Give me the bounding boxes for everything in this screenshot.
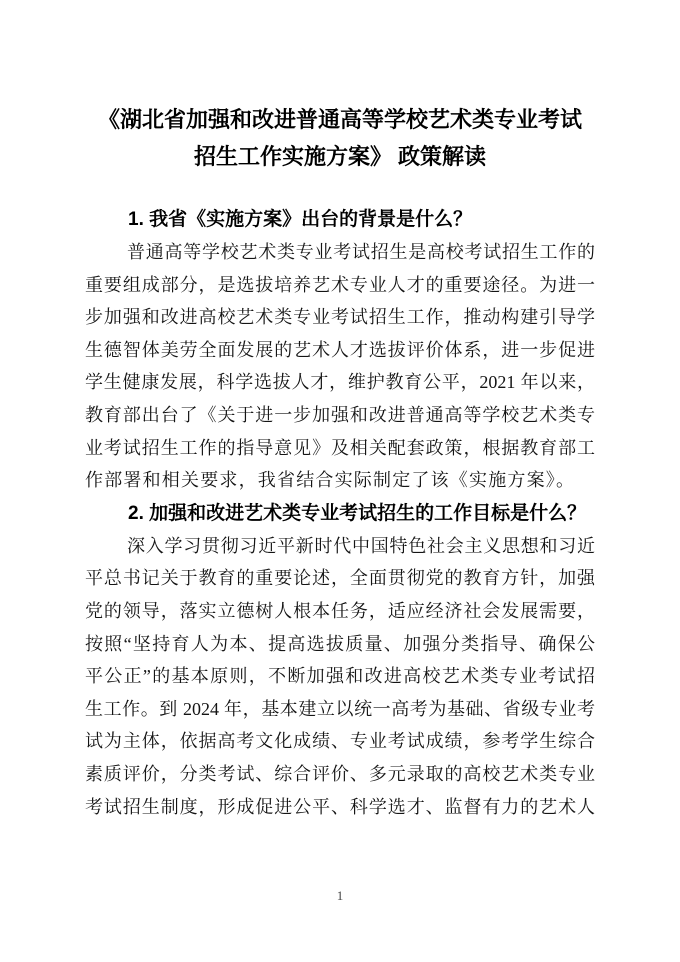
document-title: 《湖北省加强和改进普通高等学校艺术类专业考试 招生工作实施方案》 政策解读: [85, 0, 595, 175]
text-line: 素质评价，分类考试、综合评价、多元录取的高校艺术类专业: [85, 758, 595, 791]
text-line: 党的领导，落实立德树人根本任务，适应经济社会发展需要，: [85, 595, 595, 628]
text-line: 业考试招生工作的指导意见》及相关配套政策，根据教育部工: [85, 432, 595, 465]
paragraph: 深入学习贯彻习近平新时代中国特色社会主义思想和习近平总书记关于教育的重要论述，全…: [85, 530, 595, 823]
document-title-line-2: 招生工作实施方案》 政策解读: [85, 138, 595, 175]
section-2: 2. 加强和改进艺术类专业考试招生的工作目标是什么？深入学习贯彻习近平新时代中国…: [85, 497, 595, 823]
text-line: 生工作。到 2024 年，基本建立以统一高考为基础、省级专业考: [85, 693, 595, 726]
text-line: 生德智体美劳全面发展的艺术人才选拔评价体系，进一步促进: [85, 334, 595, 367]
section-heading: 2. 加强和改进艺术类专业考试招生的工作目标是什么？: [85, 497, 595, 530]
text-line: 普通高等学校艺术类专业考试招生是高校考试招生工作的: [85, 236, 595, 269]
section-heading: 1. 我省《实施方案》出台的背景是什么？: [85, 203, 595, 236]
text-line: 深入学习贯彻习近平新时代中国特色社会主义思想和习近: [85, 530, 595, 563]
document-title-line-1: 《湖北省加强和改进普通高等学校艺术类专业考试: [85, 101, 595, 138]
text-line: 作部署和相关要求，我省结合实际制定了该《实施方案》。: [85, 464, 595, 497]
text-line: 学生健康发展，科学选拔人才，维护教育公平，2021 年以来，: [85, 366, 595, 399]
sections: 1. 我省《实施方案》出台的背景是什么？普通高等学校艺术类专业考试招生是高校考试…: [85, 203, 595, 823]
text-line: 重要组成部分，是选拔培养艺术专业人才的重要途径。为进一: [85, 269, 595, 302]
paragraph: 普通高等学校艺术类专业考试招生是高校考试招生工作的重要组成部分，是选拔培养艺术专…: [85, 236, 595, 497]
document-content: 《湖北省加强和改进普通高等学校艺术类专业考试 招生工作实施方案》 政策解读 1.…: [85, 0, 595, 823]
text-line: 考试招生制度，形成促进公平、科学选才、监督有力的艺术人: [85, 791, 595, 824]
section-1: 1. 我省《实施方案》出台的背景是什么？普通高等学校艺术类专业考试招生是高校考试…: [85, 203, 595, 497]
text-line: 平公正”的基本原则，不断加强和改进高校艺术类专业考试招: [85, 660, 595, 693]
text-line: 按照“坚持育人为本、提高选拔质量、加强分类指导、确保公: [85, 628, 595, 661]
page-number: 1: [337, 888, 344, 903]
text-line: 试为主体，依据高考文化成绩、专业考试成绩，参考学生综合: [85, 725, 595, 758]
text-line: 步加强和改进高校艺术类专业考试招生工作，推动构建引导学: [85, 301, 595, 334]
document-page: 《湖北省加强和改进普通高等学校艺术类专业考试 招生工作实施方案》 政策解读 1.…: [0, 0, 680, 962]
text-line: 教育部出台了《关于进一步加强和改进普通高等学校艺术类专: [85, 399, 595, 432]
text-line: 平总书记关于教育的重要论述，全面贯彻党的教育方针，加强: [85, 562, 595, 595]
page-footer: 1: [0, 888, 680, 904]
